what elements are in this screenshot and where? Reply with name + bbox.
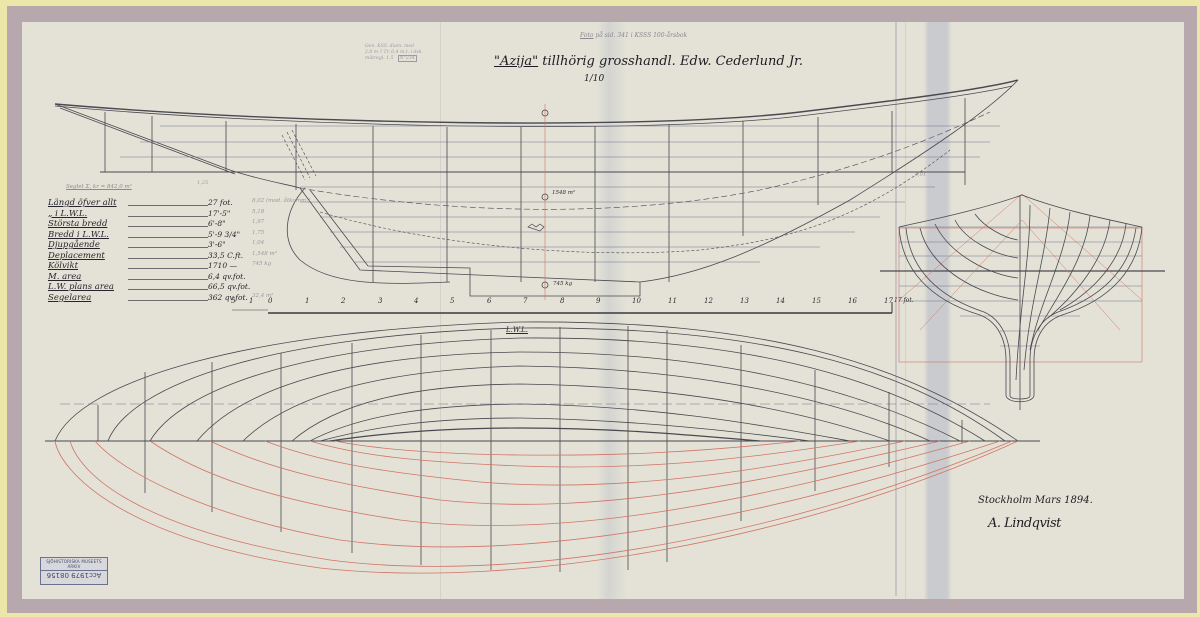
scale-tick: 13 <box>740 297 749 305</box>
leader-line <box>128 268 208 269</box>
spec-row: Djupgående 3'-6" 1,04 <box>48 240 248 251</box>
spec-row: Kölvikt 1710 — 745 kg <box>48 261 248 272</box>
scale-tick: 0 <box>268 297 272 305</box>
pencil-line: mätregl. 1.5 <box>365 56 394 61</box>
spec-value: 33,5 C.ft. <box>208 251 243 260</box>
scale-tick: 5 <box>231 297 235 305</box>
lwl-label: L.W.L. <box>506 326 528 334</box>
spec-label: M. area <box>48 272 81 282</box>
spec-metric-note: 5,18 <box>252 209 264 215</box>
scale-tick: 7 <box>523 297 527 305</box>
scale-tick: 9 <box>596 297 600 305</box>
lateral-resistance-label: 745 kg <box>553 281 572 287</box>
spec-row: Deplacement 33,5 C.ft. 1,548 m³ <box>48 251 248 262</box>
designer-signature: A. Lindqvist <box>988 516 1061 531</box>
scale-tick: 15 <box>812 297 821 305</box>
spec-label: Längd öfver allt <box>48 198 117 208</box>
spec-label: Djupgående <box>48 240 100 250</box>
lwl-mark: 0,91 <box>915 172 926 178</box>
spec-label: L.W. plans area <box>48 282 114 292</box>
spec-metric-note: 8,02 (mod. åtkomm.) <box>252 198 310 204</box>
spec-value: 66,5 qv.fot. <box>208 282 250 291</box>
leader-line <box>128 279 208 280</box>
leader-line <box>128 237 208 238</box>
scale-unit: 17 fot. <box>894 297 914 304</box>
scale-tick: 10 <box>632 297 641 305</box>
spec-value: 17'-5" <box>208 209 230 218</box>
leader-line <box>128 216 208 217</box>
spec-row: L.W. plans area 66,5 qv.fot. <box>48 282 248 293</box>
spec-row: Längd öfver allt 27 fot. 8,02 (mod. åtko… <box>48 198 248 209</box>
spec-metric-note: 1,04 <box>252 240 264 246</box>
spec-value: 5'-9 3/4" <box>208 230 240 239</box>
scale-tick: 16 <box>848 297 857 305</box>
leader-line <box>128 205 208 206</box>
spec-value: 6,4 qv.fot. <box>208 272 246 281</box>
archive-stamp: SJÖHISTORISKA MUSEETS ARKIV Acc1979 0815… <box>40 557 108 585</box>
spec-label: Kölvikt <box>48 261 78 271</box>
scale-tick: 6 <box>487 297 491 305</box>
spec-row: Största bredd 6'-8" 1,97 <box>48 219 248 230</box>
scale-tick: 17 <box>884 297 893 305</box>
spec-value: 1710 — <box>208 261 237 270</box>
owner-line: tillhörig grosshandl. Edw. Cederlund Jr. <box>542 54 803 69</box>
spec-metric-note: 745 kg <box>252 261 271 267</box>
drawing-title: "Azija" tillhörig grosshandl. Edw. Ceder… <box>494 54 803 69</box>
leader-line <box>128 258 208 259</box>
photo-label: Foto <box>580 32 593 39</box>
lwl-mark: 1,25 <box>197 180 208 186</box>
leader-line <box>128 247 208 248</box>
photo-reference-text: på sid. 341 i KSSS 100-årsbok <box>595 32 687 39</box>
pencil-annotation: Gen. KSS. diam. med 2.8 m ? Tr. 6,4 m.t.… <box>365 44 435 62</box>
scale-note: 1/10 <box>584 74 604 84</box>
yacht-name: "Azija" <box>494 54 538 69</box>
spec-label: Största bredd <box>48 219 107 229</box>
scale-tick: 8 <box>560 297 564 305</box>
spec-value: 3'-6" <box>208 240 226 249</box>
scale-tick: 3 <box>378 297 382 305</box>
spec-row: Bredd i L.W.L. 5'-9 3/4" 1,75 <box>48 230 248 241</box>
spec-label: Bredd i L.W.L. <box>48 230 109 240</box>
spec-row: M. area 6,4 qv.fot. <box>48 272 248 283</box>
spec-value: 27 fot. <box>208 198 233 207</box>
scale-tick: 11 <box>668 297 677 305</box>
scale-tick: 14 <box>776 297 785 305</box>
spec-label: Deplacement <box>48 251 105 261</box>
sail-area-note: Seglet Σ, kr = 842,0 m² <box>66 184 132 190</box>
pencil-box-number: N°234 <box>398 55 417 62</box>
leader-line <box>128 226 208 227</box>
station-scale-labels: 5 1 0 1 2 3 4 5 6 7 8 9 10 11 12 13 14 1… <box>0 297 1200 311</box>
scale-tick: 1 <box>305 297 309 305</box>
specifications-table: Längd öfver allt 27 fot. 8,02 (mod. åtko… <box>48 198 248 303</box>
scale-tick: 5 <box>450 297 454 305</box>
spec-metric-note: 1,548 m³ <box>252 251 277 257</box>
spec-row: „ i L.W.L. 17'-5" 5,18 <box>48 209 248 220</box>
spec-value: 6'-8" <box>208 219 226 228</box>
scale-tick: 1 <box>249 297 253 305</box>
place-and-date: Stockholm Mars 1894. <box>978 495 1093 506</box>
centre-of-effort-label: 1548 m² <box>552 190 575 196</box>
scale-tick: 12 <box>704 297 713 305</box>
stamp-header: SJÖHISTORISKA MUSEETS ARKIV <box>41 558 107 571</box>
stamp-number: Acc1979 08156 <box>41 571 107 582</box>
spec-metric-note: 1,75 <box>252 230 264 236</box>
scale-tick: 2 <box>341 297 345 305</box>
spec-label: „ i L.W.L. <box>48 209 87 219</box>
leader-line <box>128 289 208 290</box>
photo-reference-note: Foto på sid. 341 i KSSS 100-årsbok <box>580 32 687 39</box>
spec-metric-note: 1,97 <box>252 219 264 225</box>
scale-tick: 4 <box>414 297 418 305</box>
